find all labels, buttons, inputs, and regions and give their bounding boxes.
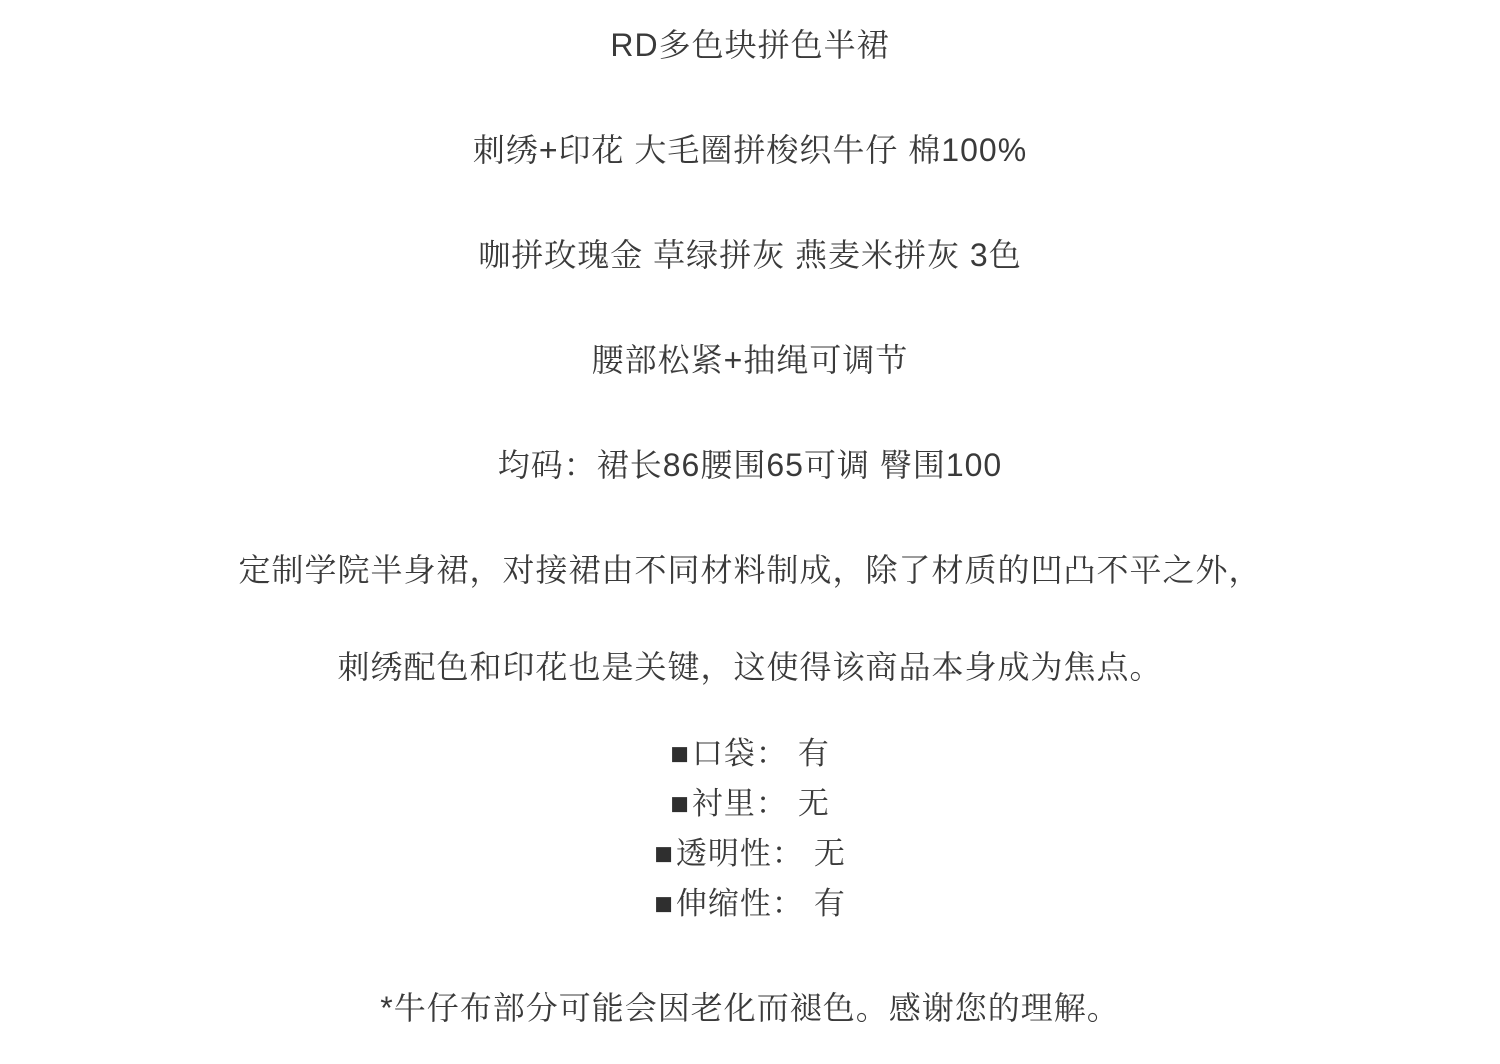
waist-feature-line: 腰部松紧+抽绳可调节 (0, 337, 1500, 383)
fabric-line: 刺绣+印花 大毛圈拼梭织牛仔 棉100% (0, 127, 1500, 173)
description-line-2: 刺绣配色和印花也是关键，这使得该商品本身成为焦点。 (0, 644, 1500, 690)
square-bullet-icon: ■ (670, 729, 690, 779)
spec-row-stretch: ■伸缩性：有 (0, 879, 1500, 929)
spec-label: 衬里 (692, 786, 756, 821)
spec-row-pockets: ■口袋：有 (0, 729, 1500, 779)
square-bullet-icon: ■ (654, 829, 674, 879)
size-line: 均码：裙长86腰围65可调 臀围100 (0, 442, 1500, 488)
spec-value: 有 (814, 886, 846, 921)
spec-row-lining: ■衬里：无 (0, 779, 1500, 829)
spec-value: 无 (798, 786, 830, 821)
denim-fading-note: *牛仔布部分可能会因老化而褪色。感谢您的理解。 (0, 985, 1500, 1031)
spec-label: 口袋 (692, 736, 756, 771)
spec-list: ■口袋：有 ■衬里：无 ■透明性：无 ■伸缩性：有 (0, 729, 1500, 929)
spec-colon: ： (772, 886, 804, 921)
spec-colon: ： (756, 786, 788, 821)
spec-colon: ： (772, 836, 804, 871)
square-bullet-icon: ■ (654, 879, 674, 929)
spec-label: 透明性 (676, 836, 772, 871)
product-title: RD多色块拼色半裙 (0, 22, 1500, 68)
description-line-1: 定制学院半身裙，对接裙由不同材料制成，除了材质的凹凸不平之外， (0, 547, 1500, 593)
spec-colon: ： (756, 736, 788, 771)
spec-value: 无 (814, 836, 846, 871)
spec-label: 伸缩性 (676, 886, 772, 921)
product-description-section: RD多色块拼色半裙 刺绣+印花 大毛圈拼梭织牛仔 棉100% 咖拼玫瑰金 草绿拼… (0, 0, 1500, 1031)
color-options-line: 咖拼玫瑰金 草绿拼灰 燕麦米拼灰 3色 (0, 232, 1500, 278)
spec-value: 有 (798, 736, 830, 771)
square-bullet-icon: ■ (670, 779, 690, 829)
spec-row-transparency: ■透明性：无 (0, 829, 1500, 879)
